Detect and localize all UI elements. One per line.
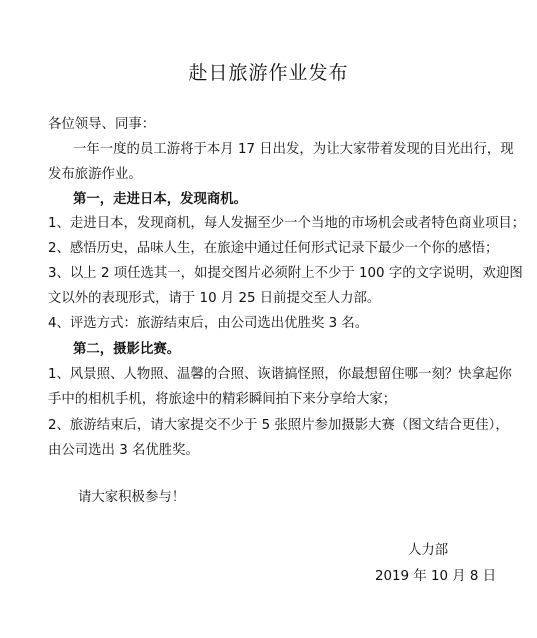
salutation: 各位领导、同事： bbox=[48, 116, 155, 134]
section-2-item-1: 1、风景照、人物照、温馨的合照、诙谐搞怪照，你最想留住哪一刻？快拿起你 bbox=[48, 366, 512, 384]
section-1-item-4: 4、评选方式：旅游结束后，由公司选出优胜奖 3 名。 bbox=[48, 315, 368, 333]
document-page: 赴日旅游作业发布 各位领导、同事： 一年一度的员工游将于本月 17 日出发，为让… bbox=[0, 0, 537, 638]
document-title: 赴日旅游作业发布 bbox=[0, 58, 537, 85]
section-2-item-2-cont: 由公司选出 3 名优胜奖。 bbox=[48, 442, 199, 460]
intro-line-2: 发布旅游作业。 bbox=[48, 166, 142, 184]
section-1-item-3-cont: 文以外的表现形式，请于 10 月 25 日前提交至人力部。 bbox=[48, 290, 380, 308]
section-1-heading: 第一，走进日本，发现商机。 bbox=[73, 191, 247, 209]
section-2-item-1-cont: 手中的相机手机，将旅途中的精彩瞬间拍下来分享给大家； bbox=[48, 391, 396, 409]
section-2-item-2: 2、旅游结束后，请大家提交不少于 5 张照片参加摄影大赛（图文结合更佳）， bbox=[48, 417, 509, 435]
closing-line: 请大家积极参与！ bbox=[78, 489, 185, 507]
intro-line-1: 一年一度的员工游将于本月 17 日出发，为让大家带着发现的目光出行，现 bbox=[73, 141, 514, 159]
signature-department: 人力部 bbox=[408, 542, 448, 560]
section-2-heading: 第二，摄影比赛。 bbox=[73, 341, 180, 359]
section-1-item-3: 3、以上 2 项任选其一，如提交图片必须附上不少于 100 字的文字说明，欢迎图 bbox=[48, 265, 523, 283]
section-1-item-2: 2、感悟历史，品味人生，在旅途中通过任何形式记录下最少一个你的感悟； bbox=[48, 240, 498, 258]
section-1-item-1: 1、走进日本，发现商机，每人发掘至少一个当地的市场机会或者特色商业项目； bbox=[48, 215, 525, 233]
signature-date: 2019 年 10 月 8 日 bbox=[375, 568, 496, 586]
